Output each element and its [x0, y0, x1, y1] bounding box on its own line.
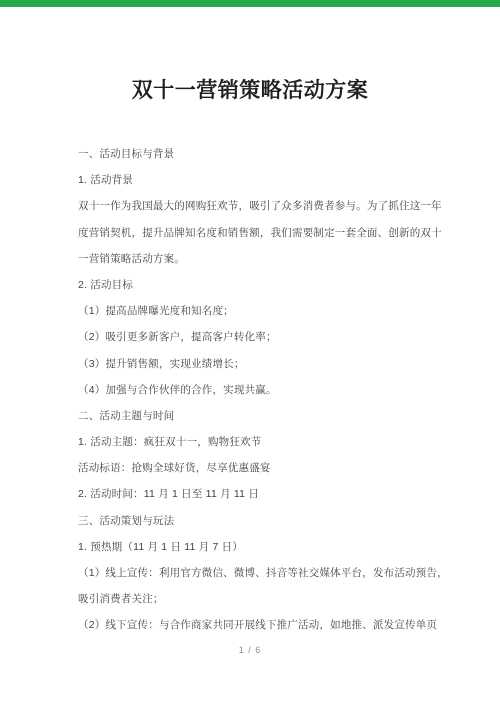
body-line-paragraph: 吸引消费者关注； [78, 586, 442, 612]
body-line-list-item: （3）提升销售额，实现业绩增长； [78, 351, 442, 377]
body-line-list-item: （1）提高品牌曝光度和知名度； [78, 298, 442, 324]
body-line-subheading: 2. 活动时间：11 月 1 日至 11 月 11 日 [78, 481, 442, 507]
body-line-subheading: 1. 活动背景 [78, 167, 442, 193]
top-accent-bar [0, 0, 500, 7]
body-line-paragraph: 一营销策略活动方案。 [78, 246, 442, 272]
body-line-list-item: （1）线上宣传：利用官方微信、微博、抖音等社交媒体平台，发布活动预告， [78, 560, 442, 586]
body-line-paragraph: 活动标语：抢购全球好货，尽享优惠盛宴 [78, 455, 442, 481]
document-body: 一、活动目标与背景 1. 活动背景 双十一作为我国最大的网购狂欢节，吸引了众多消… [78, 141, 442, 639]
body-line-list-item: （4）加强与合作伙伴的合作，实现共赢。 [78, 377, 442, 403]
body-line-heading-1: 一、活动目标与背景 [78, 141, 442, 167]
document-page: 双十一营销策略活动方案 一、活动目标与背景 1. 活动背景 双十一作为我国最大的… [0, 0, 500, 707]
body-line-paragraph: 双十一作为我国最大的网购狂欢节，吸引了众多消费者参与。为了抓住这一年 [78, 193, 442, 219]
body-line-subheading: 1. 预热期（11 月 1 日 11 月 7 日） [78, 534, 442, 560]
body-line-paragraph: 度营销契机，提升品牌知名度和销售额，我们需要制定一套全面、创新的双十 [78, 220, 442, 246]
body-line-list-item: （2）吸引更多新客户，提高客户转化率； [78, 324, 442, 350]
document-title: 双十一营销策略活动方案 [0, 79, 500, 103]
body-line-subheading: 2. 活动目标 [78, 272, 442, 298]
body-line-list-item: （2）线下宣传：与合作商家共同开展线下推广活动，如地推、派发宣传单页 [78, 612, 442, 638]
body-line-subheading: 1. 活动主题：疯狂双十一，购物狂欢节 [78, 429, 442, 455]
body-line-heading-2: 二、活动主题与时间 [78, 403, 442, 429]
body-line-heading-3: 三、活动策划与玩法 [78, 508, 442, 534]
page-number: 1 / 6 [0, 644, 500, 656]
